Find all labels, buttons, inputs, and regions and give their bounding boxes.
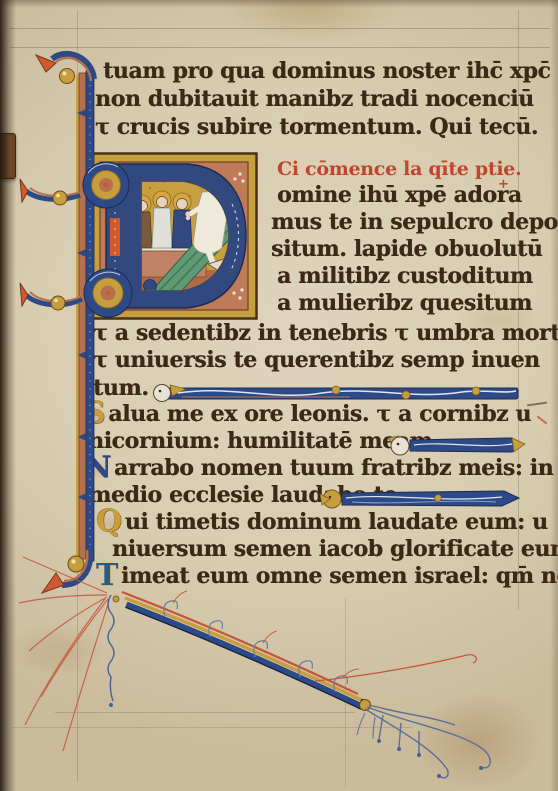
page-edge-shadow [0, 0, 16, 791]
blue-chain [108, 595, 114, 701]
text-line-body: arrabo nomen tuum fratribz meis: in [114, 455, 553, 481]
line-filler-fish [386, 432, 526, 458]
text-line: Narrabo nomen tuum fratribz meis: in [84, 457, 553, 479]
text-line-body: ui timetis dominum laudate eum: u [125, 509, 548, 535]
text-line: situm. lapide obuolutū [271, 238, 542, 260]
mid-hook-2 [20, 283, 82, 310]
text-line: τ crucis subire tormentum. Qui tecū. [95, 116, 538, 138]
creature-head [391, 437, 409, 455]
main-diagonal-bar [113, 592, 363, 705]
text-line: omine ihū xpē adora [277, 184, 522, 206]
gold-knot [360, 700, 371, 711]
bottom-flourish [15, 555, 545, 791]
page-edge-shadow [550, 0, 558, 791]
text-line: a militibz custoditum [277, 265, 533, 287]
line-filler-gold-fish [318, 486, 524, 512]
line-filler-dragon [150, 381, 524, 405]
manuscript-photo: tuam pro qua dominus noster ihc̄ xpc̄ no… [0, 0, 558, 791]
lower-curl [84, 269, 132, 317]
text-line: Qui timetis dominum laudate eum: u [96, 511, 548, 533]
text-line: non dubitauit manibz tradi nocenciū [95, 88, 534, 110]
border-bar [18, 45, 130, 615]
rubric-line: Ci cōmence la qīte ptie. [277, 160, 521, 179]
text-line: τ uniuersis te querentibz semp inuen [93, 349, 540, 371]
text-line: a mulieribz quesitum [277, 292, 532, 314]
ruling-line [10, 28, 550, 29]
upper-curl [83, 162, 129, 208]
text-line: mus te in sepulcro depo [271, 211, 558, 233]
mid-hook-1 [20, 179, 80, 205]
red-penwork [19, 557, 109, 751]
text-line: τ a sedentibz in tenebris τ umbra mortis [93, 322, 558, 344]
text-line: tuam pro qua dominus noster ihc̄ xpc̄ [103, 60, 550, 82]
text-line: Salua me ex ore leonis. τ a cornibz u [84, 403, 531, 425]
dragon-head [154, 385, 171, 402]
tail-flourishes [365, 705, 490, 778]
page-edge-shadow [0, 0, 558, 8]
